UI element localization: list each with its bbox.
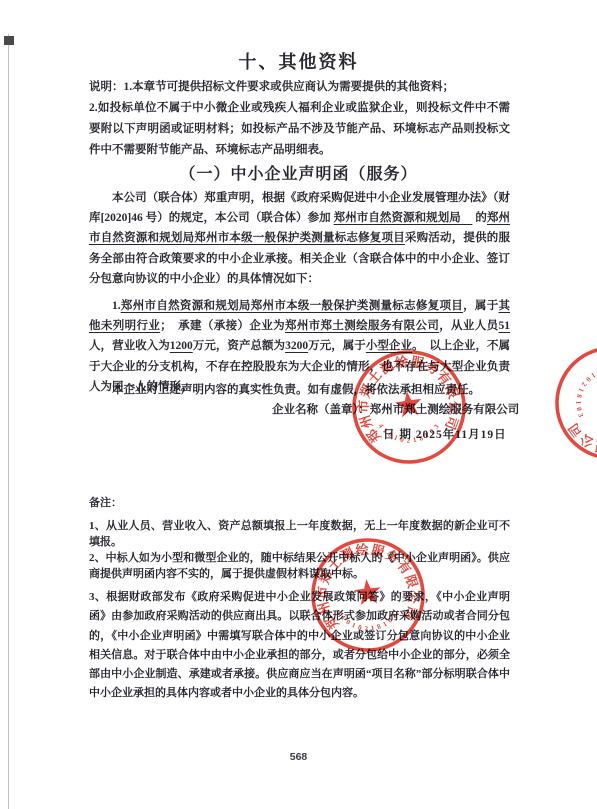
intro-note: 说明：1.本章节可提供招标文件要求或供应商认为需要提供的其他资料； 2.如投标单… <box>89 77 510 161</box>
declaration-paragraph: 本公司（联合体）郑重声明，根据《政府采购促进中小企业发展管理办法》（财库[202… <box>89 188 510 289</box>
item-text: 万元，属于 <box>308 340 366 352</box>
svg-text:41010218103: 41010218103 <box>376 414 443 449</box>
item-text: ，从业人员 <box>439 320 498 332</box>
scan-artifact-mark <box>4 36 14 45</box>
purchaser-name-underlined: 郑州市自然资源和规划局 <box>334 212 473 224</box>
intro-paragraph-2: 2.如投标单位不属于中小微企业或残疾人福利企业或监狱企业，则投标文件中不需要附以… <box>89 98 510 161</box>
item-text: 万元，资产总额为 <box>193 340 285 352</box>
page-number: 568 <box>0 751 597 763</box>
assets-underlined: 3200 <box>285 340 308 352</box>
intro-paragraph-1: 说明：1.本章节可提供招标文件要求或供应商认为需要提供的其他资料； <box>89 77 510 98</box>
company-seal-stamp: 郑州市郑土测绘服务有限公司 41010218103 <box>341 339 477 475</box>
page-title: 十、其他资料 <box>0 48 597 74</box>
declaration-text: 的 <box>472 212 487 224</box>
scan-edge-line <box>8 34 9 809</box>
item-text: ； 承建（承接）企业为 <box>160 320 285 332</box>
section-heading: （一）中小企业声明函（服务） <box>0 161 597 184</box>
revenue-underlined: 1200 <box>170 340 193 352</box>
employee-count-underlined: 51 <box>499 320 511 332</box>
seal-serial-text: 41010218103 <box>376 414 443 449</box>
note-paragraph-3: 3、根据财政部发布《政府采购促进中小企业发展政策问答》的要求，《中小企业声明函》… <box>89 588 510 704</box>
seal-star-icon <box>353 578 382 606</box>
project-name-underlined: 郑州市自然资源和规划局郑州市本级一般保护类测量标志修复项目 <box>121 300 463 312</box>
contractor-name-underlined: 郑州市郑土测绘服务有限公司 <box>285 320 439 332</box>
note-paragraph-1: 1、从业人员、营业收入、资产总额填报上一年度数据，无上一年度数据的新企业可不填报… <box>89 519 510 550</box>
company-seal-stamp: 郑州市郑土测绘服务有限公司 41010218103 <box>302 529 434 661</box>
item-text: 1. <box>112 300 121 312</box>
document-page: 十、其他资料 说明：1.本章节可提供招标文件要求或供应商认为需要提供的其他资料；… <box>0 0 597 809</box>
seal-serial-text: 41010218103 <box>335 603 401 636</box>
company-seal-stamp-partial: 郑州市郑土测绘服务有限公司 41010218103 <box>532 323 597 482</box>
svg-text:41010218103: 41010218103 <box>335 603 401 636</box>
note-paragraph-2: 2、中标人如为小型和微型企业的，随中标结果公开中标人的《中小企业声明函》。供应商… <box>89 551 510 582</box>
item-text: 人，营业收入为 <box>89 340 170 352</box>
notes-label: 备注： <box>89 494 122 510</box>
seal-star-icon <box>394 389 424 418</box>
item-text: ，属于 <box>463 300 498 312</box>
